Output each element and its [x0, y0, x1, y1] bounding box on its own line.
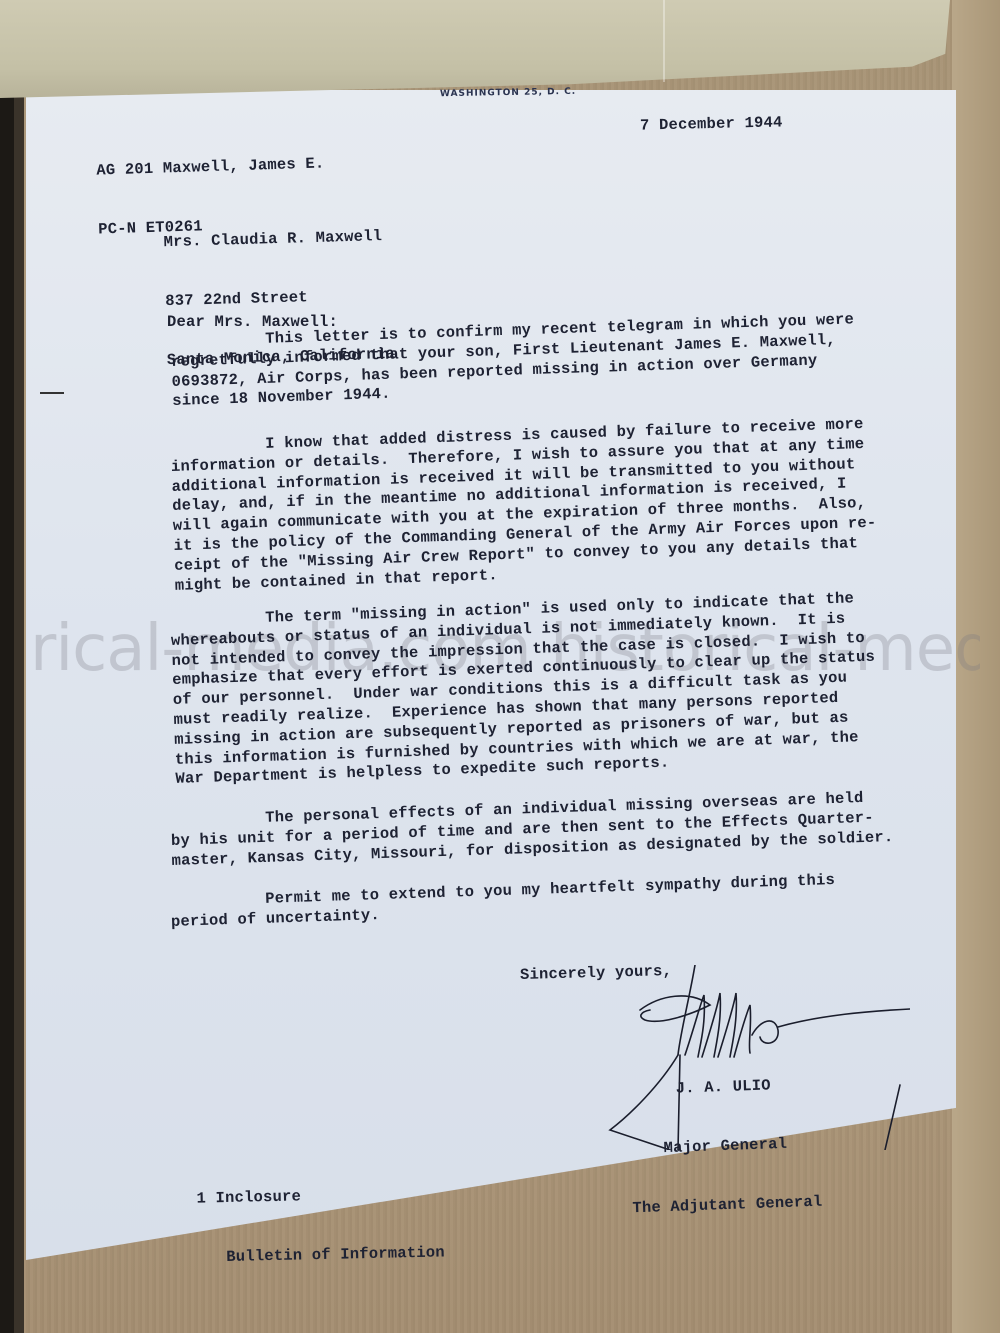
binder-edge — [0, 0, 24, 1333]
inclosure-item: Bulletin of Information — [198, 1243, 445, 1268]
signer-block: J. A. ULIO Major General The Adjutant Ge… — [627, 1035, 824, 1239]
inclosure-note: 1 Inclosure Bulletin of Information — [196, 1144, 446, 1288]
signer-name: J. A. ULIO — [628, 1074, 819, 1100]
margin-mark — [40, 392, 64, 394]
paragraph: The term "missing in action" is used onl… — [170, 589, 879, 790]
paragraph: I know that added distress is caused by … — [170, 415, 878, 597]
recipient-name: Mrs. Claudia R. Maxwell — [163, 226, 392, 252]
inclosure-count: 1 Inclosure — [196, 1184, 443, 1209]
signer-rank: Major General — [630, 1134, 821, 1160]
letter-date: 7 December 1944 — [640, 113, 783, 136]
flap-crease — [663, 0, 665, 82]
reference-line: AG 201 Maxwell, James E. — [96, 154, 325, 181]
signer-title: The Adjutant General — [632, 1193, 823, 1219]
recipient-street: 837 22nd Street — [165, 286, 394, 312]
